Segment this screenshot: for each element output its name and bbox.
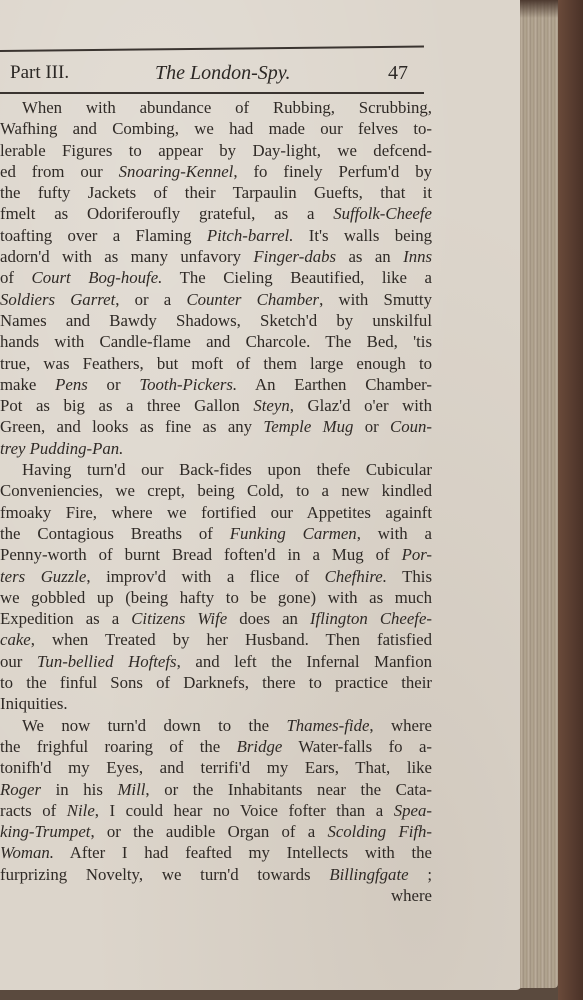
text-line: true, was Feathers, but moft of them lar… [0,353,432,374]
text-line: king-Trumpet, or the audible Organ of a … [0,821,432,842]
text-line: Having turn'd our Back-fides upon thefe … [0,459,432,480]
header-top-rule [0,46,424,52]
running-head: Part III. The London-Spy. 47 [10,62,416,88]
text-line: make Pens or Tooth-Pickers. An Earthen C… [0,374,432,395]
text-line: furprizing Novelty, we turn'd towards Bi… [0,864,432,885]
text-line: When with abundance of Rubbing, Scrubbin… [0,97,432,118]
text-line: lerable Figures to appear by Day-light, … [0,140,432,161]
text-line: ters Guzzle, improv'd with a flice of Ch… [0,566,432,587]
book-cover-edge [558,0,583,1000]
text-line: Woman. After I had feafted my Intellects… [0,842,432,863]
text-line: Iniquities. [0,693,432,714]
text-line: cake, when Treated by her Husband. Then … [0,629,432,650]
page-fore-edge [520,0,558,988]
part-label: Part III. [10,62,69,84]
text-line: the Contagious Breaths of Funking Carmen… [0,523,432,544]
text-line: Roger in his Mill, or the Inhabitants ne… [0,779,432,800]
text-line: ed from our Snoaring-Kennel, fo finely P… [0,161,432,182]
text-line: Soldiers Garret, or a Counter Chamber, w… [0,289,432,310]
book-page: Part III. The London-Spy. 47 When with a… [0,0,522,990]
text-line: the fufty Jackets of their Tarpaulin Gue… [0,182,432,203]
text-line: fmoaky Fire, where we fortified our Appe… [0,502,432,523]
text-line: Wafhing and Combing, we had made our fel… [0,118,432,139]
catchword: where [0,885,432,906]
text-line: our Tun-bellied Hoftefs, and left the In… [0,651,432,672]
page-number: 47 [388,62,408,85]
text-line: trey Pudding-Pan. [0,438,432,459]
text-line: Names and Bawdy Shadows, Sketch'd by uns… [0,310,432,331]
text-line: fmelt as Odoriferoufly grateful, as a Su… [0,203,432,224]
text-line: Penny-worth of burnt Bread foften'd in a… [0,544,432,565]
text-line: adorn'd with as many unfavory Finger-dab… [0,246,432,267]
text-line: we gobbled up (being hafty to be gone) w… [0,587,432,608]
text-line: tonifh'd my Eyes, and terrifi'd my Ears,… [0,757,432,778]
text-line: the frighful roaring of the Bridge Water… [0,736,432,757]
text-line: hands with Candle-flame and Charcole. Th… [0,331,432,352]
text-line: We now turn'd down to the Thames-fide, w… [0,715,432,736]
text-line: Pot as big as a three Gallon Steyn, Glaz… [0,395,432,416]
text-line: of Court Bog-houfe. The Cieling Beautifi… [0,267,432,288]
text-line: Green, and looks as fine as any Temple M… [0,416,432,437]
text-line: toafting over a Flaming Pitch-barrel. It… [0,225,432,246]
book-title: The London-Spy. [155,62,291,85]
body-text: When with abundance of Rubbing, Scrubbin… [0,97,432,906]
header-bottom-rule [0,92,424,94]
text-line: Expedition as a Citizens Wife does an If… [0,608,432,629]
text-line: Conveniencies, we crept, being Cold, to … [0,480,432,501]
text-line: racts of Nile, I could hear no Voice fof… [0,800,432,821]
text-line: to the finful Sons of Darknefs, there to… [0,672,432,693]
